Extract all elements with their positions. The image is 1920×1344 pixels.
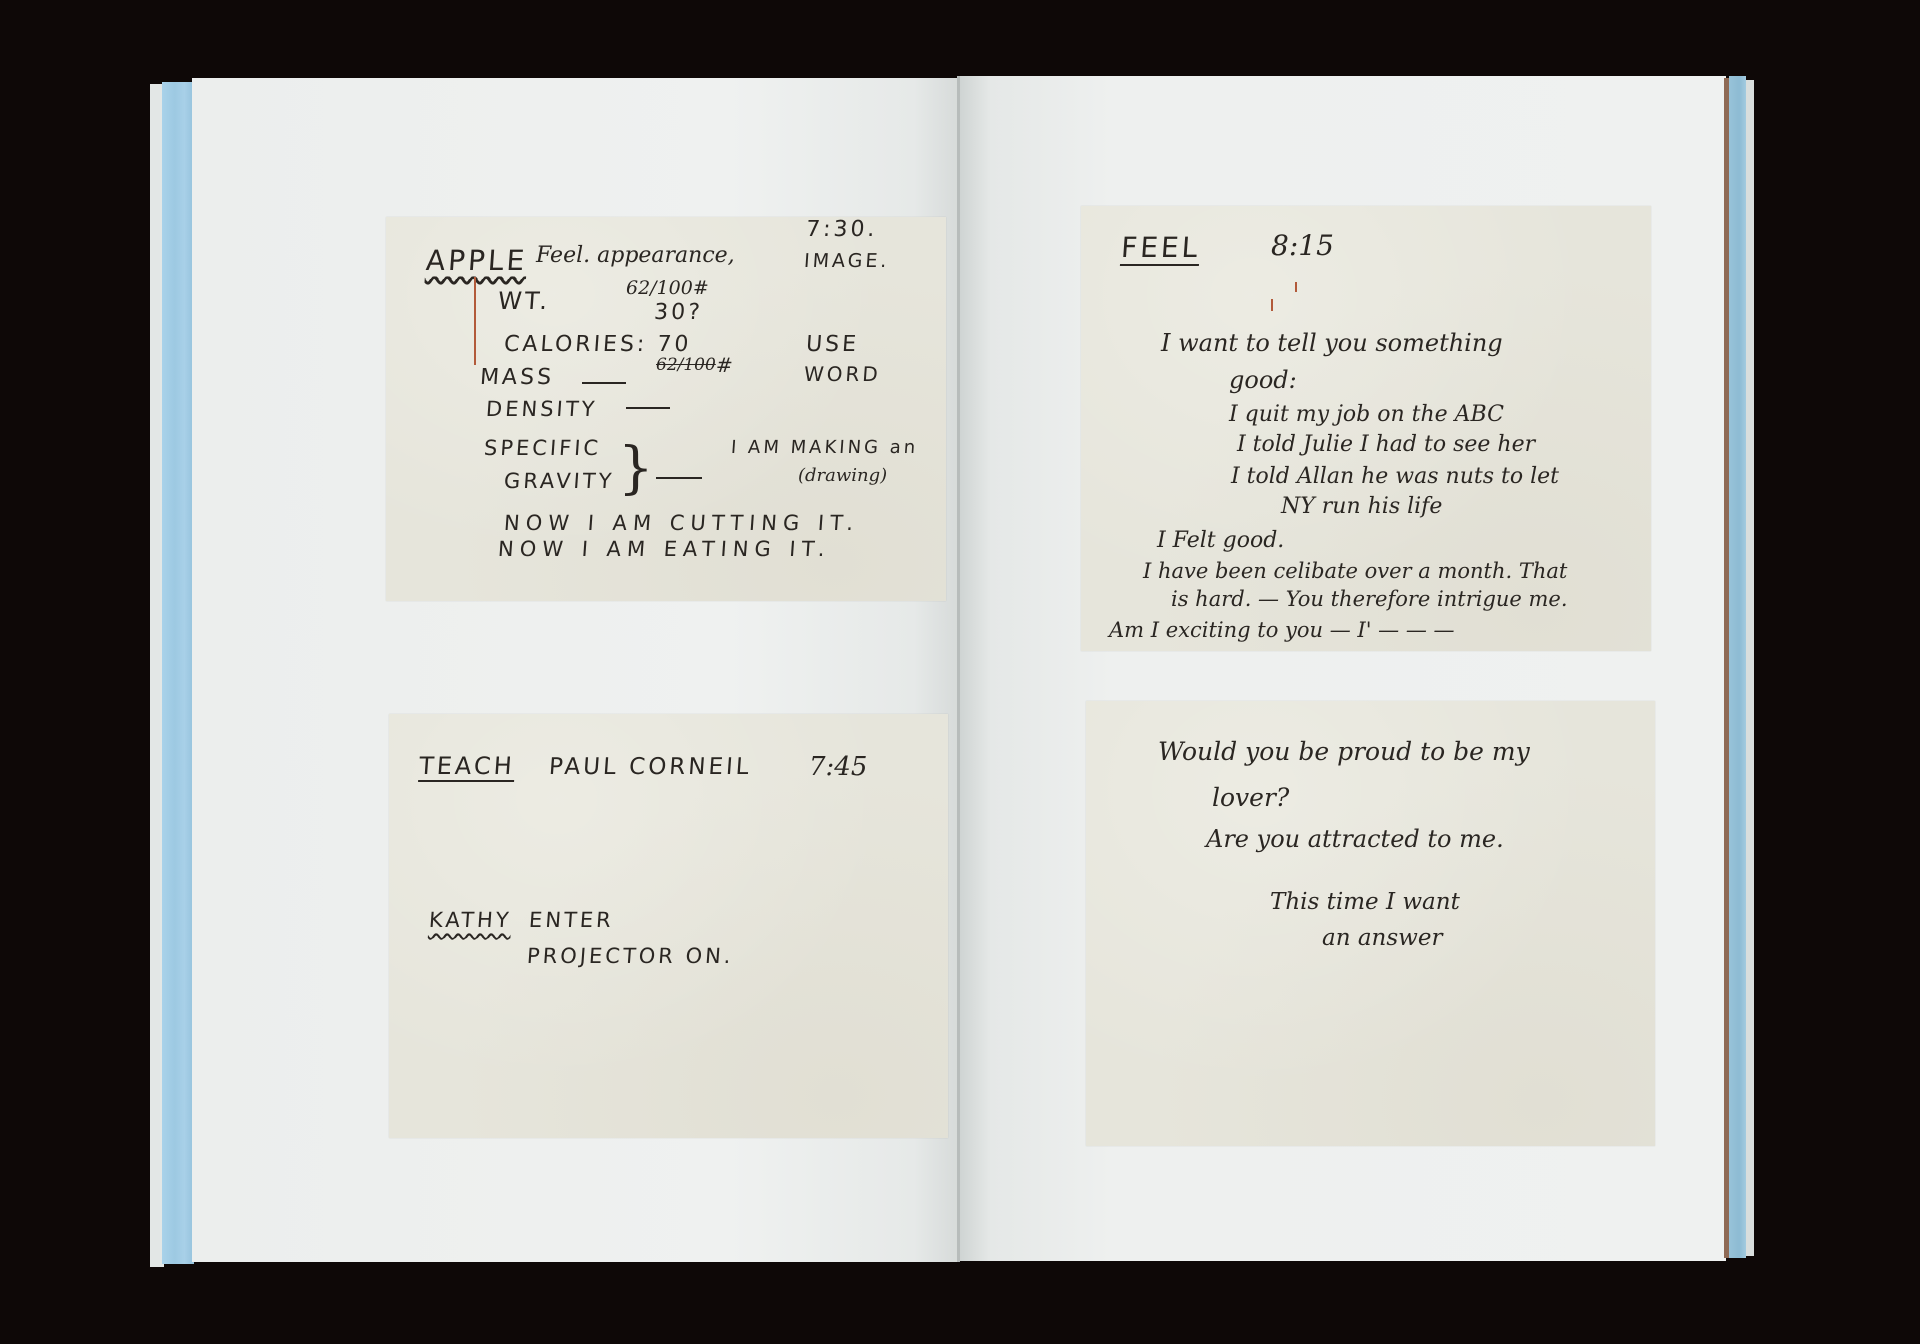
open-book-spread: APPLE Feel. appearance, 7:30. IMAGE. WT.… [0,0,1920,1344]
lover-line-4: This time I want [1270,891,1460,914]
wt-label: WT. [497,289,551,313]
mass-hash: # [715,355,736,375]
projector-line: PROJECTOR ON. [526,946,734,967]
right-page-edge [1746,80,1754,1256]
time-label: 7:45 [809,754,867,780]
feel-line-3: I quit my job on the ABC [1229,404,1504,426]
feel-line-8: I have been celibate over a month. That [1143,561,1567,582]
image-note: IMAGE. [803,252,890,271]
lover-line-1: Would you be proud to be my [1158,739,1530,764]
specific-label: SPECIFIC [483,438,602,459]
index-card-feel: FEEL 8:15 I want to tell you something g… [1081,206,1651,651]
mass-dash [582,382,626,384]
use-note: USE [805,334,860,356]
index-card-lover: Would you be proud to be my lover? Are y… [1086,701,1655,1146]
feel-appearance-note: Feel. appearance, [536,245,735,267]
density-label: DENSITY [485,399,598,420]
name-label: PAUL CORNEIL [548,756,752,779]
feel-line-5: I told Allan he was nuts to let [1231,466,1559,488]
gravity-label: GRAVITY [503,471,615,492]
index-card-apple: APPLE Feel. appearance, 7:30. IMAGE. WT.… [386,217,946,601]
feel-line-2: good: [1229,368,1297,392]
feel-line-7: I Felt good. [1157,530,1284,552]
book-spine-gutter [957,76,960,1262]
mass-label: MASS [479,367,555,389]
mass-struck-value: 62/100 [656,357,716,374]
time-label: 7:30. [805,219,878,241]
wt-value-second: 30? [653,302,703,324]
gravity-dash [656,477,702,479]
red-pencil-mark [1271,299,1273,311]
wt-value: 62/100# [626,279,709,298]
left-blue-cover-edge [162,82,194,1264]
red-pencil-mark [1295,282,1297,292]
eating-line: NOW I AM EATING IT. [497,539,831,560]
feel-line-6: NY run his life [1281,496,1442,518]
lover-line-3: Are you attracted to me. [1206,827,1504,851]
calories-line: CALORIES: 70 [503,334,692,356]
card-title: TEACH [418,754,516,782]
making-note: I AM MAKING an [730,439,918,457]
feel-line-9: is hard. — You therefore intrigue me. [1171,589,1568,610]
cutting-line: NOW I AM CUTTING IT. [503,513,860,534]
feel-line-10: Am I exciting to you — I' — — — [1109,620,1455,641]
enter-label: ENTER [528,910,614,931]
red-pencil-line [474,277,476,365]
density-dash [626,407,670,409]
card-title: APPLE [425,247,528,275]
feel-line-4: I told Julie I had to see her [1237,434,1535,456]
index-card-teach: TEACH PAUL CORNEIL 7:45 KATHY ENTER PROJ… [389,714,948,1138]
feel-line-1: I want to tell you something [1161,331,1503,355]
right-blue-cover-edge [1729,76,1746,1258]
lover-line-5: an answer [1322,927,1442,950]
card-title: FEEL [1120,234,1201,266]
drawing-note: (drawing) [798,467,887,485]
lover-line-2: lover? [1212,785,1289,810]
kathy-label: KATHY [428,910,512,931]
word-note: WORD [803,364,881,384]
brace: } [618,441,654,497]
time-label: 8:15 [1271,232,1334,260]
